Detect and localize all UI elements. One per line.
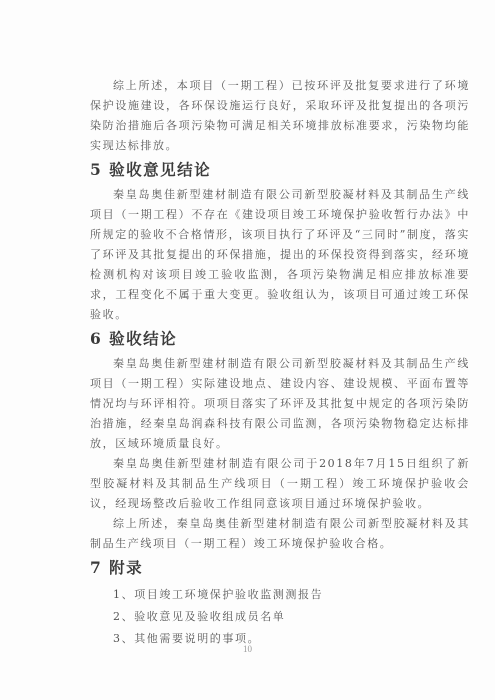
document-page: 综上所述，本项目（一期工程）已按环评及批复要求进行了环境保护设施建设，各环保设施… [0,0,495,700]
conclusion-paragraph-1: 秦皇岛奥佳新型建材制造有限公司新型胶凝材料及其制品生产线项目（一期工程）实际建设… [90,354,470,454]
appendix-item: 1、项目竣工环境保护验收监测测报告 [90,584,470,606]
appendix-item: 2、验收意见及验收组成员名单 [90,606,470,628]
page-content: 综上所述，本项目（一期工程）已按环评及批复要求进行了环境保护设施建设，各环保设施… [90,76,470,650]
section-heading-6: 6 验收结论 [90,327,470,351]
conclusion-paragraph-2: 秦皇岛奥佳新型建材制造有限公司于2018年7月15日组织了新型胶凝材料及其制品生… [90,454,470,514]
section-heading-5: 5 验收意见结论 [90,158,470,182]
acceptance-opinion-paragraph: 秦皇岛奥佳新型建材制造有限公司新型胶凝材料及其制品生产线项目（一期工程）不存在《… [90,185,470,325]
appendix-list: 1、项目竣工环境保护验收监测测报告 2、验收意见及验收组成员名单 3、其他需要说… [90,584,470,650]
section-heading-7: 7 附录 [90,556,470,580]
page-number: 10 [0,644,495,654]
conclusion-paragraph-3: 综上所述，秦皇岛奥佳新型建材制造有限公司新型胶凝材料及其制品生产线项目（一期工程… [90,514,470,554]
summary-paragraph: 综上所述，本项目（一期工程）已按环评及批复要求进行了环境保护设施建设，各环保设施… [90,76,470,156]
